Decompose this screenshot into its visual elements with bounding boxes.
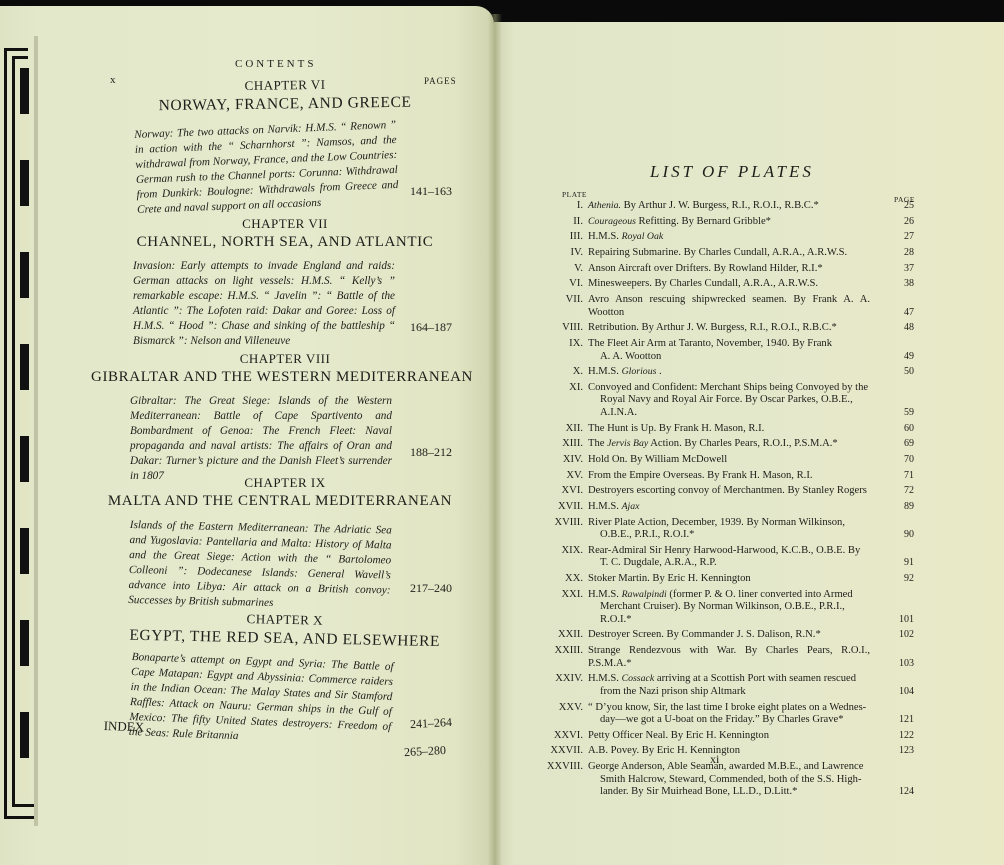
plate-caption-prefix: H.M.S.: [588, 231, 622, 242]
plate-caption: The Fleet Air Arm at Taranto, November, …: [588, 338, 870, 363]
plate-page: 92: [884, 573, 914, 586]
plate-entry: XXVIII.George Anderson, Able Seaman, awa…: [530, 761, 920, 799]
chapter-number: CHAPTER IX: [100, 475, 470, 491]
plate-caption-text: Stoker Martin. By Eric H. Kennington: [588, 573, 751, 584]
plate-caption-text: “ D’you know, Sir, the last time I broke…: [588, 702, 866, 713]
plate-entry: II.Courageous Refitting. By Bernard Grib…: [530, 216, 920, 229]
plate-ship-name: Cossack: [622, 673, 655, 684]
chapter-entry: CHAPTER VIII GIBRALTAR AND THE WESTERN M…: [100, 351, 470, 484]
plate-ship-name: Glorious: [622, 366, 657, 377]
plate-number: XX.: [530, 573, 588, 586]
plate-number: X.: [530, 366, 588, 379]
plate-ship-name: Ajax: [622, 501, 640, 512]
plate-caption-text: Strange Rendezvous with War. By Charles …: [588, 645, 870, 669]
plate-entry: XIII.The Jervis Bay Action. By Charles P…: [530, 438, 920, 451]
plate-number: V.: [530, 263, 588, 276]
plate-entry: XVII.H.M.S. Ajax89: [530, 501, 920, 514]
plate-page: 60: [884, 423, 914, 436]
plate-caption: “ D’you know, Sir, the last time I broke…: [588, 702, 870, 727]
plate-page: 48: [884, 322, 914, 335]
plate-number: IV.: [530, 247, 588, 260]
plate-entry: XXV.“ D’you know, Sir, the last time I b…: [530, 702, 920, 727]
plate-caption-text: Convoyed and Confident: Merchant Ships b…: [588, 382, 868, 393]
plate-number: XVIII.: [530, 517, 588, 542]
gutter: [488, 14, 502, 865]
chapter-entry: CHAPTER VII CHANNEL, NORTH SEA, AND ATLA…: [100, 216, 470, 349]
plate-number: XXVI.: [530, 730, 588, 743]
plate-number: XXIII.: [530, 645, 588, 670]
chapter-entry: CHAPTER VI NORWAY, FRANCE, AND GREECE No…: [100, 80, 470, 218]
plate-caption: George Anderson, Able Seaman, awarded M.…: [588, 761, 870, 799]
plate-page: 102: [884, 629, 914, 642]
plate-caption-continued: Merchant Cruiser). By Norman Wilkinson, …: [588, 601, 870, 614]
plate-caption-text: The Hunt is Up. By Frank H. Mason, R.I.: [588, 423, 764, 434]
plate-caption-text: Action. By Charles Pears, R.O.I., P.S.M.…: [648, 438, 838, 449]
chapter-pages: 141–163: [410, 184, 452, 199]
plate-caption-text: Repairing Submarine. By Charles Cundall,…: [588, 247, 847, 258]
plate-caption-continued: O.B.E., P.R.I., R.O.I.*: [588, 529, 870, 542]
plate-number: VI.: [530, 278, 588, 291]
plate-caption: The Hunt is Up. By Frank H. Mason, R.I.: [588, 423, 870, 436]
plate-entry: IX.The Fleet Air Arm at Taranto, Novembe…: [530, 338, 920, 363]
plate-entry: XX.Stoker Martin. By Eric H. Kennington9…: [530, 573, 920, 586]
chapter-pages: 217–240: [410, 581, 452, 596]
plate-page: 37: [884, 263, 914, 276]
plate-entry: XVI.Destroyers escorting convoy of Merch…: [530, 485, 920, 498]
plate-caption-prefix: H.M.S.: [588, 501, 622, 512]
plate-page: 47: [884, 307, 914, 320]
plate-caption-prefix: The: [588, 438, 607, 449]
plate-entry: XIX.Rear-Admiral Sir Henry Harwood-Harwo…: [530, 545, 920, 570]
plate-caption: Destroyer Screen. By Commander J. S. Dal…: [588, 629, 870, 642]
plate-ship-name: Royal Oak: [622, 231, 664, 242]
plate-ship-name: Jervis Bay: [607, 438, 648, 449]
plate-entry: XII.The Hunt is Up. By Frank H. Mason, R…: [530, 423, 920, 436]
plate-caption: Repairing Submarine. By Charles Cundall,…: [588, 247, 870, 260]
plate-caption: Minesweepers. By Charles Cundall, A.R.A.…: [588, 278, 870, 291]
plate-number: XII.: [530, 423, 588, 436]
plate-caption-continued: Smith Halcrow, Steward, Commended, both …: [588, 774, 870, 787]
plate-caption: Retribution. By Arthur J. W. Burgess, R.…: [588, 322, 870, 335]
plate-caption-prefix: H.M.S.: [588, 366, 622, 377]
chapter-pages: 188–212: [410, 445, 452, 460]
plate-page: 104: [884, 686, 914, 699]
plate-entry: XXVII.A.B. Povey. By Eric H. Kennington1…: [530, 745, 920, 758]
plate-number: XXI.: [530, 589, 588, 627]
chapter-title: MALTA AND THE CENTRAL MEDITERRANEAN: [90, 493, 470, 510]
plate-caption: Strange Rendezvous with War. By Charles …: [588, 645, 870, 670]
plate-number: VII.: [530, 294, 588, 319]
plate-caption-continued: A. A. Wootton: [588, 351, 870, 364]
plate-page: 90: [884, 529, 914, 542]
plate-number: XVI.: [530, 485, 588, 498]
plate-caption: H.M.S. Glorious .: [588, 366, 870, 379]
plate-page: 122: [884, 730, 914, 743]
plate-number: XXII.: [530, 629, 588, 642]
plate-page: 28: [884, 247, 914, 260]
chapter-title: NORWAY, FRANCE, AND GREECE: [100, 93, 470, 116]
chapter-title: CHANNEL, NORTH SEA, AND ATLANTIC: [100, 234, 470, 251]
chapter-number: CHAPTER VIII: [100, 351, 470, 367]
page-number: xi: [710, 752, 719, 767]
plates-list: I.Athenia. By Arthur J. W. Burgess, R.I.…: [530, 200, 920, 802]
plate-entry: VI.Minesweepers. By Charles Cundall, A.R…: [530, 278, 920, 291]
plate-entry: XXIII.Strange Rendezvous with War. By Ch…: [530, 645, 920, 670]
plate-number: XVII.: [530, 501, 588, 514]
plate-caption: Convoyed and Confident: Merchant Ships b…: [588, 382, 870, 420]
plate-caption-continued: from the Nazi prison ship Altmark: [588, 686, 870, 699]
plate-caption: Petty Officer Neal. By Eric H. Kenningto…: [588, 730, 870, 743]
plate-caption: H.M.S. Rawalpindi (former P. & O. liner …: [588, 589, 870, 627]
plate-page: 38: [884, 278, 914, 291]
plate-number: I.: [530, 200, 588, 213]
plate-entry: XV.From the Empire Overseas. By Frank H.…: [530, 470, 920, 483]
plate-page: 69: [884, 438, 914, 451]
plate-page: 103: [884, 658, 914, 671]
plate-entry: V.Anson Aircraft over Drifters. By Rowla…: [530, 263, 920, 276]
plate-caption: Avro Anson rescuing shipwrecked seamen. …: [588, 294, 870, 319]
plate-entry: III.H.M.S. Royal Oak27: [530, 231, 920, 244]
chapter-description: Islands of the Eastern Mediterranean: Th…: [128, 518, 392, 613]
plate-page: 72: [884, 485, 914, 498]
plate-caption: Courageous Refitting. By Bernard Gribble…: [588, 216, 870, 229]
plate-entry: XI.Convoyed and Confident: Merchant Ship…: [530, 382, 920, 420]
plate-caption-prefix: H.M.S.: [588, 673, 622, 684]
plate-caption-prefix: H.M.S.: [588, 589, 622, 600]
plate-number: XIX.: [530, 545, 588, 570]
plate-caption: River Plate Action, December, 1939. By N…: [588, 517, 870, 542]
plate-page: 91: [884, 557, 914, 570]
plate-caption-continued: Royal Navy and Royal Air Force. By Oscar…: [588, 394, 870, 407]
plate-caption: H.M.S. Royal Oak: [588, 231, 870, 244]
plate-caption-text: Destroyer Screen. By Commander J. S. Dal…: [588, 629, 821, 640]
plate-entry: XXI.H.M.S. Rawalpindi (former P. & O. li…: [530, 589, 920, 627]
chapter-description: Gibraltar: The Great Siege: Islands of t…: [130, 394, 392, 484]
plate-number: XI.: [530, 382, 588, 420]
plate-caption-text: (former P. & O. liner converted into Arm…: [667, 589, 853, 600]
plate-caption-text: .: [656, 366, 661, 377]
book-spread: CONTENTS x PAGES CHAPTER VI NORWAY, FRAN…: [0, 0, 1004, 865]
plate-number: VIII.: [530, 322, 588, 335]
plate-caption: The Jervis Bay Action. By Charles Pears,…: [588, 438, 870, 451]
plate-caption-text: Petty Officer Neal. By Eric H. Kenningto…: [588, 730, 769, 741]
plate-number: XXIV.: [530, 673, 588, 698]
plate-caption-continued: day—we got a U-boat on the Friday.” By C…: [588, 714, 870, 727]
plate-caption: Stoker Martin. By Eric H. Kennington: [588, 573, 870, 586]
plate-page: 59: [884, 407, 914, 420]
plate-caption: Athenia. By Arthur J. W. Burgess, R.I., …: [588, 200, 870, 213]
plate-caption-text: Anson Aircraft over Drifters. By Rowland…: [588, 263, 823, 274]
plate-page: 123: [884, 745, 914, 758]
plate-caption-text: Hold On. By William McDowell: [588, 454, 727, 465]
page-fold: [34, 36, 38, 826]
chapter-description: Norway: The two attacks on Narvik: H.M.S…: [134, 118, 399, 218]
plate-entry: XVIII.River Plate Action, December, 1939…: [530, 517, 920, 542]
plate-number: XIV.: [530, 454, 588, 467]
plate-number: III.: [530, 231, 588, 244]
plate-page: 27: [884, 231, 914, 244]
plate-page: 89: [884, 501, 914, 514]
index-entry-pages: 265–280: [404, 743, 447, 760]
plate-entry: IV.Repairing Submarine. By Charles Cunda…: [530, 247, 920, 260]
plate-page: 50: [884, 366, 914, 379]
plate-caption-text: Destroyers escorting convoy of Merchantm…: [588, 485, 867, 496]
plate-caption: From the Empire Overseas. By Frank H. Ma…: [588, 470, 870, 483]
plate-number: II.: [530, 216, 588, 229]
plate-entry: XXIV.H.M.S. Cossack arriving at a Scotti…: [530, 673, 920, 698]
plate-caption-text: By Arthur J. W. Burgess, R.I., R.O.I., R…: [621, 200, 819, 211]
plate-caption-text: From the Empire Overseas. By Frank H. Ma…: [588, 470, 813, 481]
plate-page: 49: [884, 351, 914, 364]
plate-page: 124: [884, 786, 914, 799]
plate-caption-text: Rear-Admiral Sir Henry Harwood-Harwood, …: [588, 545, 860, 556]
plate-caption-text: River Plate Action, December, 1939. By N…: [588, 517, 845, 528]
plate-number: IX.: [530, 338, 588, 363]
plate-entry: XXVI.Petty Officer Neal. By Eric H. Kenn…: [530, 730, 920, 743]
plate-page: 71: [884, 470, 914, 483]
plate-page: 121: [884, 714, 914, 727]
decorative-border-edge: [0, 42, 38, 822]
plate-caption-text: arriving at a Scottish Port with seamen …: [654, 673, 856, 684]
plate-ship-name: Rawalpindi: [622, 589, 667, 600]
plate-entry: I.Athenia. By Arthur J. W. Burgess, R.I.…: [530, 200, 920, 213]
plate-number: XXVII.: [530, 745, 588, 758]
plate-caption: Hold On. By William McDowell: [588, 454, 870, 467]
plate-caption-text: George Anderson, Able Seaman, awarded M.…: [588, 761, 863, 772]
plate-entry: XIV.Hold On. By William McDowell70: [530, 454, 920, 467]
chapter-pages: 164–187: [410, 320, 452, 335]
plate-entry: X.H.M.S. Glorious .50: [530, 366, 920, 379]
plate-page: 26: [884, 216, 914, 229]
plate-caption-text: Minesweepers. By Charles Cundall, A.R.A.…: [588, 278, 818, 289]
running-head: CONTENTS: [235, 58, 316, 70]
plate-caption: H.M.S. Ajax: [588, 501, 870, 514]
chapter-number: CHAPTER VII: [100, 216, 470, 232]
plate-page: 101: [884, 614, 914, 627]
plate-caption-continued: R.O.I.*: [588, 614, 870, 627]
plate-number: XV.: [530, 470, 588, 483]
plate-caption-text: The Fleet Air Arm at Taranto, November, …: [588, 338, 832, 349]
plate-caption-text: Refitting. By Bernard Gribble*: [636, 216, 771, 227]
plate-entry: VIII.Retribution. By Arthur J. W. Burges…: [530, 322, 920, 335]
plate-ship-name: Athenia.: [588, 200, 621, 211]
plate-caption: Rear-Admiral Sir Henry Harwood-Harwood, …: [588, 545, 870, 570]
chapter-description: Invasion: Early attempts to invade Engla…: [133, 259, 395, 349]
plate-caption-continued: A.I.N.A.: [588, 407, 870, 420]
plate-caption-continued: T. C. Dugdale, A.R.A., R.P.: [588, 557, 870, 570]
plate-caption: Anson Aircraft over Drifters. By Rowland…: [588, 263, 870, 276]
plate-caption: H.M.S. Cossack arriving at a Scottish Po…: [588, 673, 870, 698]
plate-entry: VII.Avro Anson rescuing shipwrecked seam…: [530, 294, 920, 319]
plate-caption-continued: lander. By Sir Muirhead Bone, LL.D., D.L…: [588, 786, 870, 799]
plate-ship-name: Courageous: [588, 216, 636, 227]
plate-page: 25: [884, 200, 914, 213]
plate-caption: Destroyers escorting convoy of Merchantm…: [588, 485, 870, 498]
plate-number: XIII.: [530, 438, 588, 451]
plate-number: XXV.: [530, 702, 588, 727]
plate-caption-text: Retribution. By Arthur J. W. Burgess, R.…: [588, 322, 837, 333]
plate-caption: A.B. Povey. By Eric H. Kennington: [588, 745, 870, 758]
plate-caption-text: Avro Anson rescuing shipwrecked seamen. …: [588, 294, 870, 318]
plate-entry: XXII.Destroyer Screen. By Commander J. S…: [530, 629, 920, 642]
list-title: LIST OF PLATES: [650, 162, 814, 182]
plate-number: XXVIII.: [530, 761, 588, 799]
chapter-title: GIBRALTAR AND THE WESTERN MEDITERRANEAN: [82, 369, 482, 386]
chapter-entry: CHAPTER IX MALTA AND THE CENTRAL MEDITER…: [100, 475, 470, 608]
plate-page: 70: [884, 454, 914, 467]
plate-column-header: PLATE: [562, 190, 587, 199]
